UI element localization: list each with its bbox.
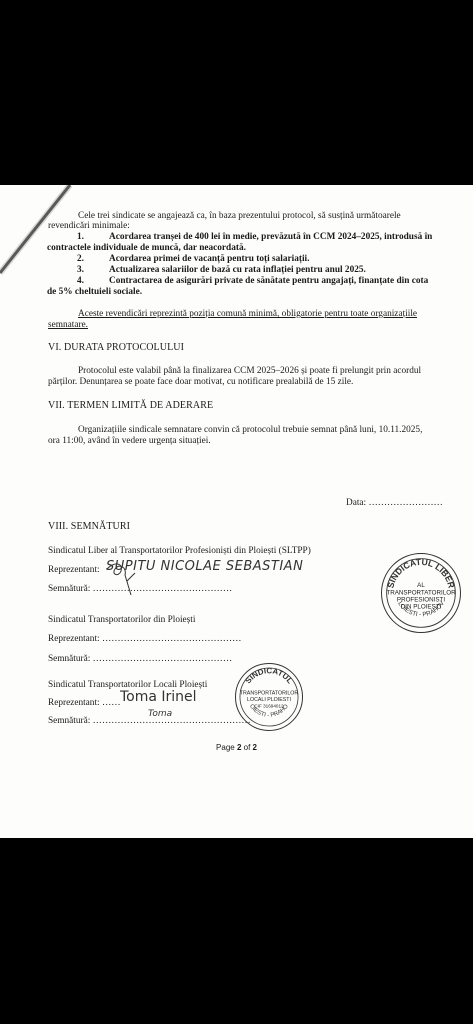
svg-text:TRANSPORTATORILOR: TRANSPORTATORILOR [240, 690, 299, 696]
section-6-line-1: Protocolul este valabil până la finaliza… [78, 366, 421, 377]
section-7-title: VII. TERMEN LIMITĂ DE ADERARE [48, 400, 213, 411]
signatory-1-rep-label: Reprezentant: [48, 565, 100, 576]
signatory-2-org: Sindicatul Transportatorilor din Ploieșt… [48, 615, 195, 626]
svg-text:SINDICATUL: SINDICATUL [243, 666, 294, 685]
svg-text:LOCALI PLOIESTI: LOCALI PLOIESTI [247, 697, 291, 703]
total-pages: 2 [253, 743, 257, 752]
stamp-sltpp: SINDICATUL LIBER PLOIESTI - PRAHOVA AL T… [381, 553, 461, 633]
rep-label: Reprezentant: …… [48, 698, 121, 708]
demand-number: 2. [77, 254, 109, 265]
signatory-1-signature-scribble [105, 559, 145, 599]
intro-line-2: revendicări minimale: [48, 221, 130, 232]
common-position-line-1: Aceste revendicări reprezintă poziția co… [78, 309, 417, 320]
demand-text: Acordarea primei de vacanță pentru toți … [109, 254, 309, 264]
demand-2: 2.Acordarea primei de vacanță pentru toț… [77, 254, 309, 265]
section-8-title: VIII. SEMNĂTURI [48, 521, 130, 532]
demand-text: Contractarea de asigurări private de săn… [109, 276, 428, 286]
demand-3: 3.Actualizarea salariilor de bază cu rat… [77, 265, 366, 276]
date-field[interactable]: Data: …………………… [346, 498, 443, 509]
demand-text: Actualizarea salariilor de bază cu rata … [109, 265, 366, 275]
svg-text:AL: AL [417, 582, 425, 589]
footer-of: of [241, 743, 252, 752]
stamp-stlp: SINDICATUL PLOIESTI - PRAHOVA TRANSPORTA… [235, 663, 303, 731]
section-6-line-2: părților. Denunțarea se poate face doar … [48, 377, 353, 388]
section-6-title: VI. DURATA PROTOCOLULUI [48, 342, 184, 353]
demand-text: Acordarea tranșei de 400 lei în medie, p… [109, 232, 432, 242]
demand-number: 1. [77, 232, 109, 243]
signatory-2-sig-label[interactable]: Semnătură: ……………………………………… [48, 654, 232, 665]
document-page: Cele trei sindicate se angajează ca, în … [0, 185, 473, 838]
demand-1: 1.Acordarea tranșei de 400 lei în medie,… [77, 232, 432, 243]
signatory-1-org: Sindicatul Liber al Transportatorilor Pr… [48, 546, 311, 557]
demand-1-cont: contractele individuale de muncă, dar ne… [47, 243, 246, 254]
demand-number: 4. [77, 276, 109, 287]
footer-prefix: Page [216, 743, 237, 752]
demand-4-cont: de 5% cheltuieli sociale. [47, 287, 142, 298]
page-number-footer: Page 2 of 2 [0, 743, 473, 752]
demand-number: 3. [77, 265, 109, 276]
common-position-line-2: semnatare. [48, 320, 88, 331]
section-7-line-2: ora 11:00, având în vedere urgența situa… [48, 436, 211, 447]
signatory-2-rep-label[interactable]: Reprezentant: ……………………………………… [48, 634, 241, 645]
section-7-line-1: Organizațiile sindicale semnatare convin… [78, 425, 422, 436]
svg-text:CIF 31694012: CIF 31694012 [254, 704, 284, 709]
signatory-3-rep-label: Reprezentant: …… [48, 698, 121, 709]
signatory-3-signature: Toma [148, 709, 172, 719]
svg-text:TRANSPORTATORILOR: TRANSPORTATORILOR [386, 590, 456, 597]
svg-text:PROFESIONISTI: PROFESIONISTI [397, 597, 445, 604]
demand-4: 4.Contractarea de asigurări private de s… [77, 276, 428, 287]
signatory-3-rep-handwritten: Toma Irinel [120, 689, 197, 705]
svg-text:DIN PLOIESTI: DIN PLOIESTI [401, 604, 442, 611]
